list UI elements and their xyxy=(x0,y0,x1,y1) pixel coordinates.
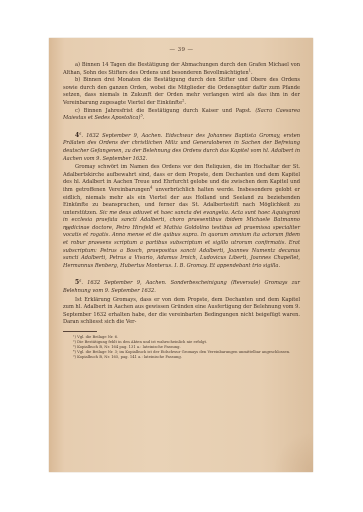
paragraph-c: c) Binnen Jahresfrist die Bestätigung du… xyxy=(63,108,300,123)
page-number: — 39 — xyxy=(63,47,300,53)
section-5-heading: 5a. 1632 September 9, Aachen. Sonderbesc… xyxy=(63,279,300,295)
section-5-body: Ist Erklärung Gromays, dass er von dem P… xyxy=(63,297,300,327)
margin-note: 49 xyxy=(53,225,70,233)
footnote-divider xyxy=(63,331,97,332)
footnotes: ¹) Vgl. die Beilage Nr. 6. ²) Die Bestät… xyxy=(63,335,300,360)
footnote: ⁵) Kopialbuch B, Nr. 165, pag. 141 a.: l… xyxy=(63,355,300,360)
scanned-page: — 39 — a) Binnen 14 Tagen die Bestätigun… xyxy=(49,38,313,472)
paragraph-a: a) Binnen 14 Tagen die Bestätigung der A… xyxy=(63,62,300,77)
section-4-heading: 4a. 1632 September 9, Aachen. Eidschwur … xyxy=(63,132,300,163)
paragraph-b: b) Binnen drei Monaten die Bestätigung d… xyxy=(63,77,300,107)
section-4-body: 49Gromay schwört im Namen des Ordens vor… xyxy=(63,164,300,270)
page-content: — 39 — a) Binnen 14 Tagen die Bestätigun… xyxy=(63,47,300,360)
